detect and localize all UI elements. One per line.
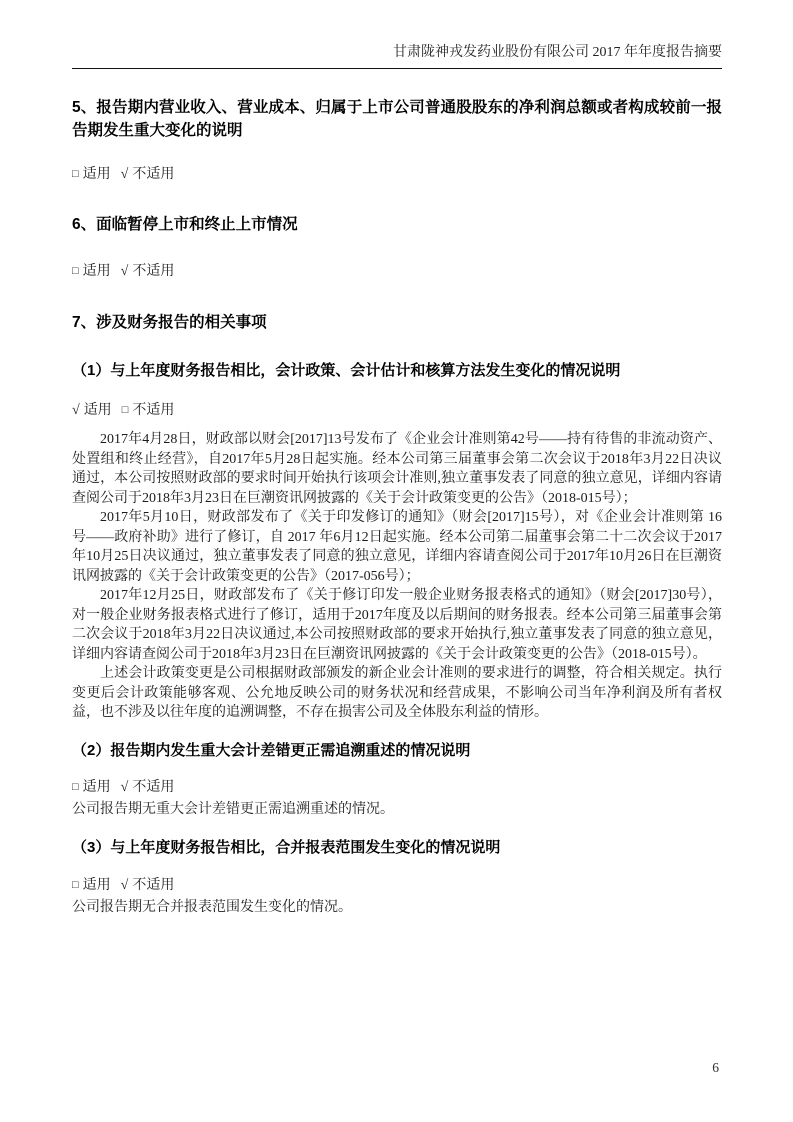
not-applicable-label: 不适用 <box>132 780 174 795</box>
section-7-2-note: 公司报告期无重大会计差错更正需追溯重述的情况。 <box>72 800 722 820</box>
section-7-3-note: 公司报告期无合并报表范围发生变化的情况。 <box>72 898 722 918</box>
not-applicable-label: 不适用 <box>132 264 174 279</box>
checkmark-icon: √ <box>121 878 129 893</box>
checkmark-icon: √ <box>121 264 129 279</box>
not-applicable-label: 不适用 <box>132 403 174 418</box>
applicable-label: 适用 <box>83 780 111 795</box>
checkmark-icon: √ <box>121 780 129 795</box>
paragraph-report-format: 2017年12月25日，财政部发布了《关于修订印发一般企业财务报表格式的通知》（… <box>72 586 722 664</box>
checkbox-square-icon: □ <box>72 781 79 793</box>
checkbox-square-icon: □ <box>72 168 79 180</box>
section-7-heading: 7、涉及财务报告的相关事项 <box>72 311 722 334</box>
section-7-1-applicability: √适用□不适用 <box>72 402 722 420</box>
page-header: 甘肃陇神戎发药业股份有限公司 2017 年年度报告摘要 <box>72 44 722 69</box>
checkbox-square-icon: □ <box>72 879 79 891</box>
section-6-applicability: □适用√不适用 <box>72 263 722 281</box>
checkmark-icon: √ <box>72 403 80 418</box>
section-7-2-applicability: □适用√不适用 <box>72 779 722 797</box>
checkmark-icon: √ <box>121 167 129 182</box>
page-number: 6 <box>712 1060 719 1076</box>
checkbox-square-icon: □ <box>122 404 129 416</box>
section-7-1-heading: （1）与上年度财务报告相比，会计政策、会计估计和核算方法发生变化的情况说明 <box>72 360 722 382</box>
not-applicable-label: 不适用 <box>132 167 174 182</box>
section-7-2-heading: （2）报告期内发生重大会计差错更正需追溯重述的情况说明 <box>72 740 722 762</box>
applicable-label: 适用 <box>83 167 111 182</box>
section-5-heading: 5、报告期内营业收入、营业成本、归属于上市公司普通股股东的净利润总额或者构成较前… <box>72 96 722 142</box>
section-5-applicability: □适用√不适用 <box>72 166 722 184</box>
report-title: 甘肃陇神戎发药业股份有限公司 2017 年年度报告摘要 <box>393 45 722 60</box>
document-page: 甘肃陇神戎发药业股份有限公司 2017 年年度报告摘要 5、报告期内营业收入、营… <box>0 0 793 1122</box>
paragraph-summary: 上述会计政策变更是公司根据财政部颁发的新企业会计准则的要求进行的调整，符合相关规… <box>72 664 722 723</box>
not-applicable-label: 不适用 <box>132 878 174 893</box>
accounting-policy-change-text: 2017年4月28日，财政部以财会[2017]13号发布了《企业会计准则第42号… <box>72 430 722 723</box>
checkbox-square-icon: □ <box>72 265 79 277</box>
applicable-label: 适用 <box>83 264 111 279</box>
paragraph-standard-16: 2017年5月10日，财政部发布了《关于印发修订的通知》（财会[2017]15号… <box>72 508 722 586</box>
applicable-label: 适用 <box>84 403 112 418</box>
section-7-3-applicability: □适用√不适用 <box>72 877 722 895</box>
applicable-label: 适用 <box>83 878 111 893</box>
section-7-3-heading: （3）与上年度财务报告相比，合并报表范围发生变化的情况说明 <box>72 837 722 859</box>
section-6-heading: 6、面临暂停上市和终止上市情况 <box>72 213 722 236</box>
paragraph-standard-42: 2017年4月28日，财政部以财会[2017]13号发布了《企业会计准则第42号… <box>72 430 722 508</box>
